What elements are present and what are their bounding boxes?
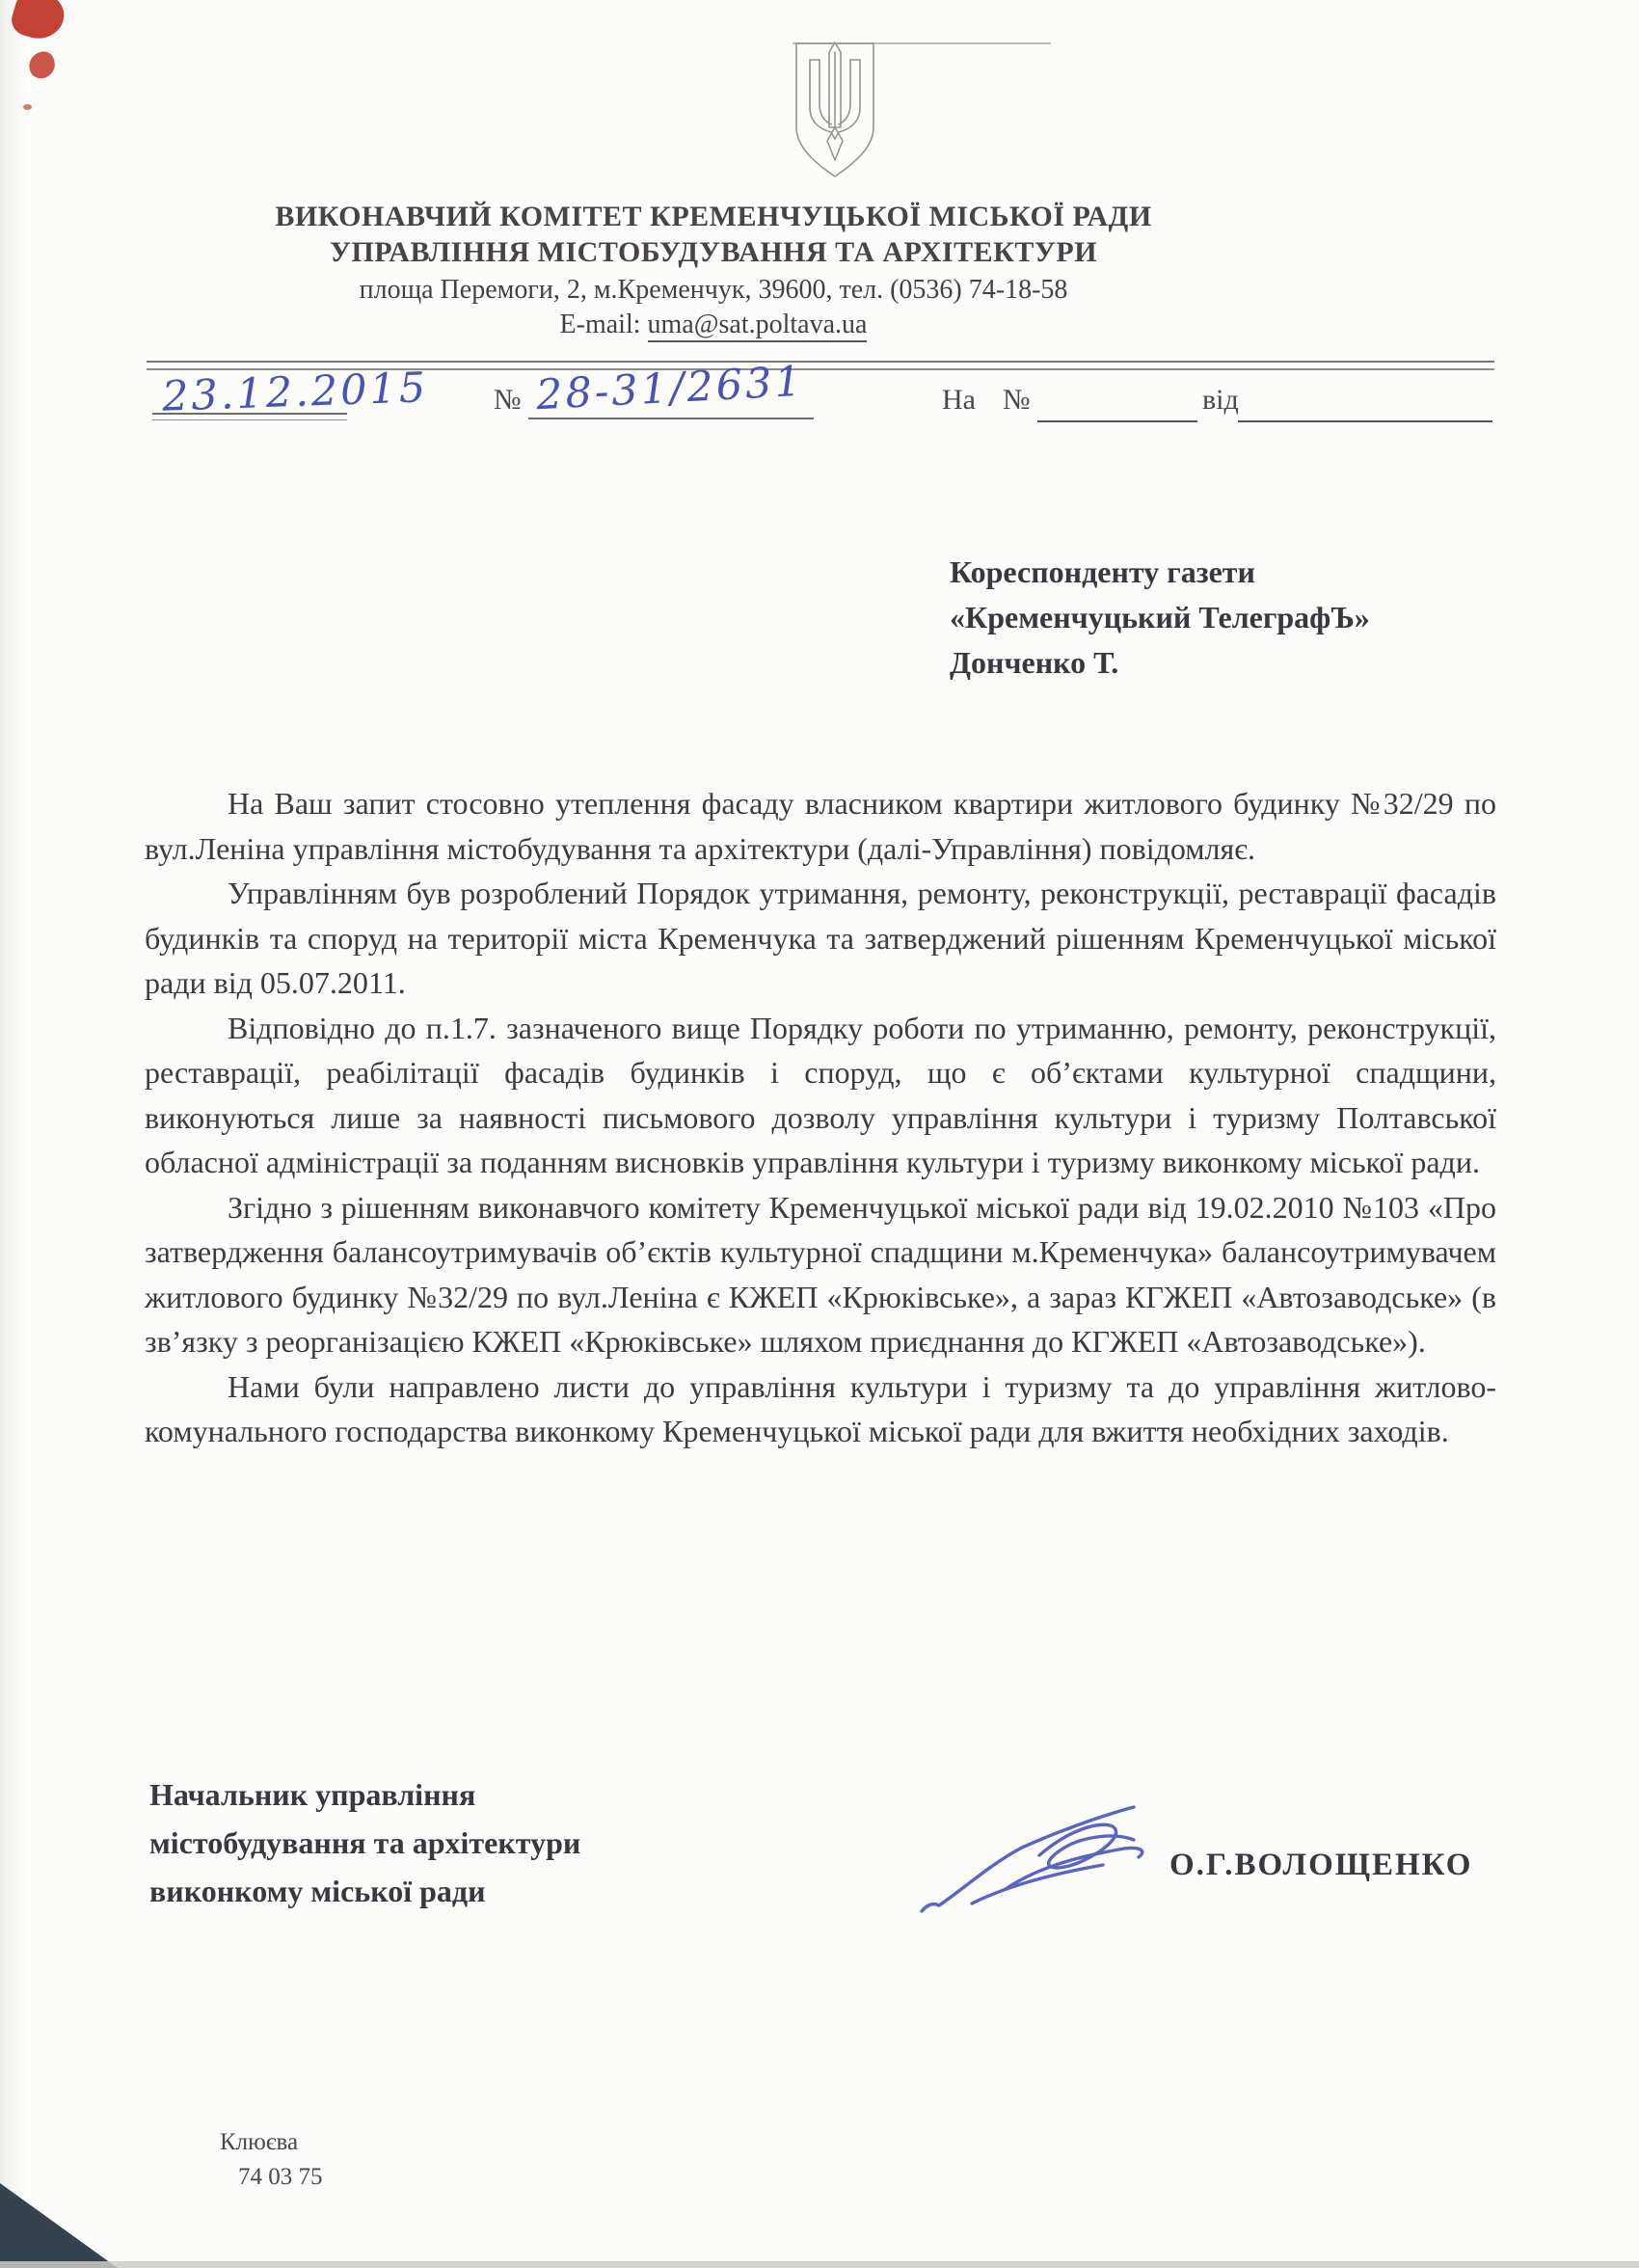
ukraine-trident-emblem-icon	[789, 39, 881, 181]
recipient-line: «Кременчуцький ТелеграфЪ»	[950, 595, 1528, 640]
org-name-line2: УПРАВЛІННЯ МІСТОБУДУВАННЯ ТА АРХІТЕКТУРИ	[135, 234, 1292, 270]
handwritten-signature-icon	[914, 1795, 1205, 1932]
org-address: площа Перемоги, 2, м.Кременчук, 39600, т…	[135, 273, 1292, 308]
date-underline	[152, 413, 347, 420]
body-paragraph: Відповідно до п.1.7. зазначеного вище По…	[145, 1006, 1496, 1185]
incoming-number-blank	[1037, 420, 1197, 424]
org-name-line1: ВИКОНАВЧИЙ КОМІТЕТ КРЕМЕНЧУЦЬКОЇ МІСЬКОЇ…	[135, 199, 1292, 234]
incoming-prefix-label: На	[942, 384, 976, 417]
recipient-line: Донченко Т.	[950, 640, 1528, 686]
incoming-date-blank	[1238, 420, 1492, 424]
scan-artifact-red-mark	[8, 0, 68, 44]
body-paragraph: Управлінням був розроблений Порядок утри…	[145, 871, 1496, 1006]
signer-name: О.Г.ВОЛОЩЕНКО	[1169, 1848, 1472, 1883]
executor-phone: 74 03 75	[238, 2164, 323, 2191]
scan-artifact-red-mark	[26, 49, 58, 81]
incoming-number-label: №	[1003, 384, 1031, 417]
body-paragraph: На Ваш запит стосовно утеплення фасаду в…	[145, 781, 1496, 871]
org-email-line: E-mail: uma@sat.poltava.ua	[135, 308, 1292, 341]
letter-body: На Ваш запит стосовно утеплення фасаду в…	[145, 781, 1496, 1454]
scan-artifact-red-speck	[23, 104, 32, 110]
email-address: uma@sat.poltava.ua	[648, 310, 868, 342]
signer-position-block: Начальник управління містобудування та а…	[149, 1770, 580, 1915]
letterhead: ВИКОНАВЧИЙ КОМІТЕТ КРЕМЕНЧУЦЬКОЇ МІСЬКОЇ…	[135, 199, 1292, 341]
outgoing-number-label: №	[494, 384, 522, 417]
scanned-letter-page: ВИКОНАВЧИЙ КОМІТЕТ КРЕМЕНЧУЦЬКОЇ МІСЬКОЇ…	[0, 0, 1639, 2268]
signer-position-line: виконкому міської ради	[149, 1867, 580, 1915]
body-paragraph: Нами були направлено листи до управління…	[145, 1364, 1496, 1454]
signer-position-line: Начальник управління	[149, 1770, 580, 1819]
executor-name: Клюєва	[220, 2129, 298, 2156]
scan-edge-shadow	[0, 2261, 1639, 2268]
outgoing-number-underline	[528, 418, 814, 421]
body-paragraph: Згідно з рішенням виконавчого комітету К…	[145, 1185, 1496, 1364]
signer-position-line: містобудування та архітектури	[149, 1819, 580, 1867]
scan-artifact-corner	[0, 2183, 118, 2268]
email-label: E-mail:	[560, 310, 648, 339]
incoming-date-label: від	[1202, 384, 1239, 417]
recipient-block: Кореспонденту газети «Кременчуцький Теле…	[950, 550, 1528, 686]
recipient-line: Кореспонденту газети	[950, 550, 1528, 595]
